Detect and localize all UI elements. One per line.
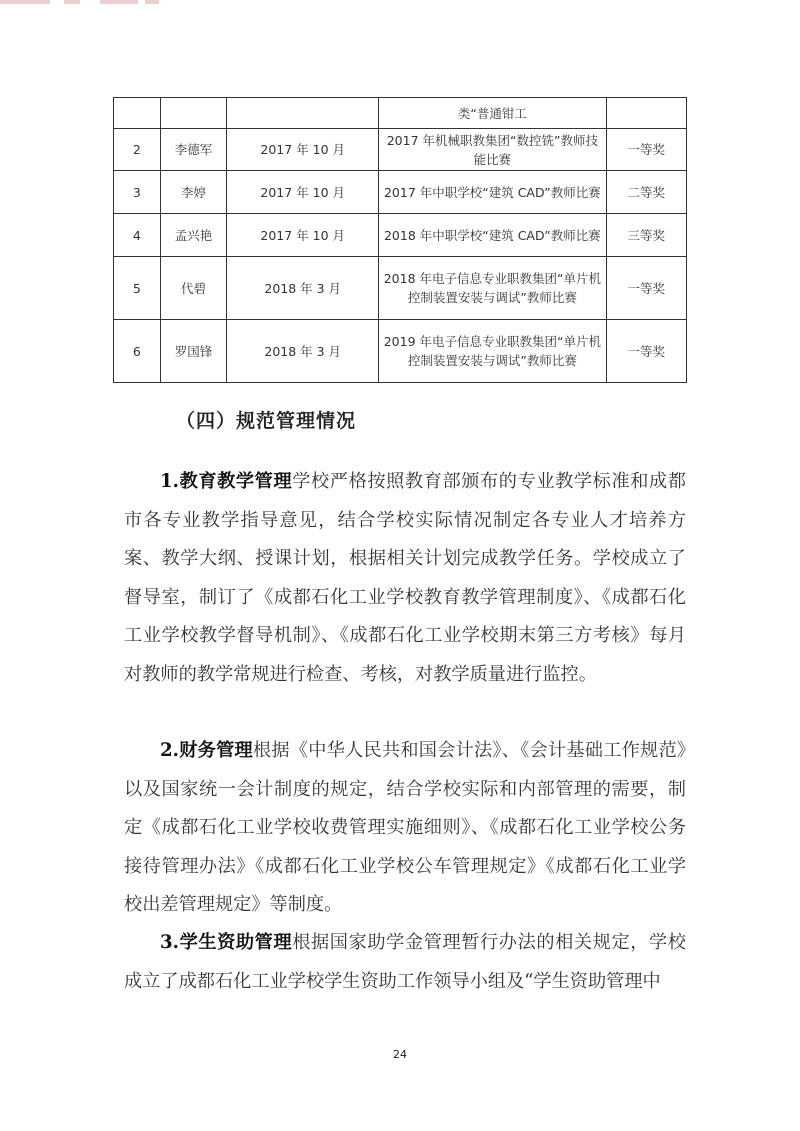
cell-event: 2017 年机械职教集团“数控铣”教师技能比赛 — [379, 129, 606, 171]
cell-event: 2017 年中职学校“建筑 CAD”教师比赛 — [379, 171, 606, 214]
paragraph-body: 学校严格按照教育部颁布的专业教学标准和成都市各专业教学指导意见，结合学校实际情况… — [124, 471, 686, 685]
table-row: 2 李德军 2017 年 10 月 2017 年机械职教集团“数控铣”教师技能比… — [114, 129, 687, 171]
cell-event: 2018 年中职学校“建筑 CAD”教师比赛 — [379, 214, 606, 257]
cell-award: 一等奖 — [606, 257, 686, 320]
cell-award: 一等奖 — [606, 320, 686, 383]
cell-date: 2017 年 10 月 — [227, 129, 379, 171]
cell-no: 6 — [114, 320, 161, 383]
cell-award: 二等奖 — [606, 171, 686, 214]
cell-event: 2019 年电子信息专业职教集团“单片机控制装置安装与调试”教师比赛 — [379, 320, 606, 383]
header-artifact — [0, 0, 170, 6]
cell-no: 4 — [114, 214, 161, 257]
cell-name: 孟兴艳 — [160, 214, 227, 257]
table-row: 类“普通钳工 — [114, 98, 687, 129]
cell-name: 代碧 — [160, 257, 227, 320]
awards-table: 类“普通钳工 2 李德军 2017 年 10 月 2017 年机械职教集团“数控… — [113, 97, 687, 383]
cell-date — [227, 98, 379, 129]
table-row: 6 罗国锋 2018 年 3 月 2019 年电子信息专业职教集团“单片机控制装… — [114, 320, 687, 383]
cell-name: 罗国锋 — [160, 320, 227, 383]
table-row: 5 代碧 2018 年 3 月 2018 年电子信息专业职教集团“单片机控制装置… — [114, 257, 687, 320]
cell-award — [606, 98, 686, 129]
paragraph-student-aid-management: 3.学生资助管理根据国家助学金管理暂行办法的相关规定，学校成立了成都石化工业学校… — [124, 924, 686, 1001]
paragraph-teaching-management: 1.教育教学管理学校严格按照教育部颁布的专业教学标准和成都市各专业教学指导意见，… — [124, 463, 686, 694]
table-row: 3 李婷 2017 年 10 月 2017 年中职学校“建筑 CAD”教师比赛 … — [114, 171, 687, 214]
paragraph-finance-management: 2.财务管理根据《中华人民共和国会计法》、《会计基础工作规范》以及国家统一会计制… — [124, 732, 686, 925]
cell-event: 类“普通钳工 — [379, 98, 606, 129]
cell-name: 李德军 — [160, 129, 227, 171]
cell-award: 一等奖 — [606, 129, 686, 171]
cell-no: 5 — [114, 257, 161, 320]
cell-date: 2017 年 10 月 — [227, 171, 379, 214]
page-number: 24 — [0, 1048, 800, 1061]
paragraph-title: 2.财务管理 — [160, 740, 253, 761]
cell-date: 2018 年 3 月 — [227, 320, 379, 383]
cell-event: 2018 年电子信息专业职教集团“单片机控制装置安装与调试”教师比赛 — [379, 257, 606, 320]
cell-award: 三等奖 — [606, 214, 686, 257]
cell-no: 2 — [114, 129, 161, 171]
paragraph-body: 根据《中华人民共和国会计法》、《会计基础工作规范》以及国家统一会计制度的规定，结… — [124, 740, 686, 915]
cell-name — [160, 98, 227, 129]
cell-no: 3 — [114, 171, 161, 214]
cell-no — [114, 98, 161, 129]
section-heading: （四）规范管理情况 — [176, 406, 356, 433]
cell-name: 李婷 — [160, 171, 227, 214]
table-row: 4 孟兴艳 2017 年 10 月 2018 年中职学校“建筑 CAD”教师比赛… — [114, 214, 687, 257]
cell-date: 2017 年 10 月 — [227, 214, 379, 257]
paragraph-title: 3.学生资助管理 — [160, 932, 292, 953]
paragraph-title: 1.教育教学管理 — [160, 471, 292, 492]
cell-date: 2018 年 3 月 — [227, 257, 379, 320]
